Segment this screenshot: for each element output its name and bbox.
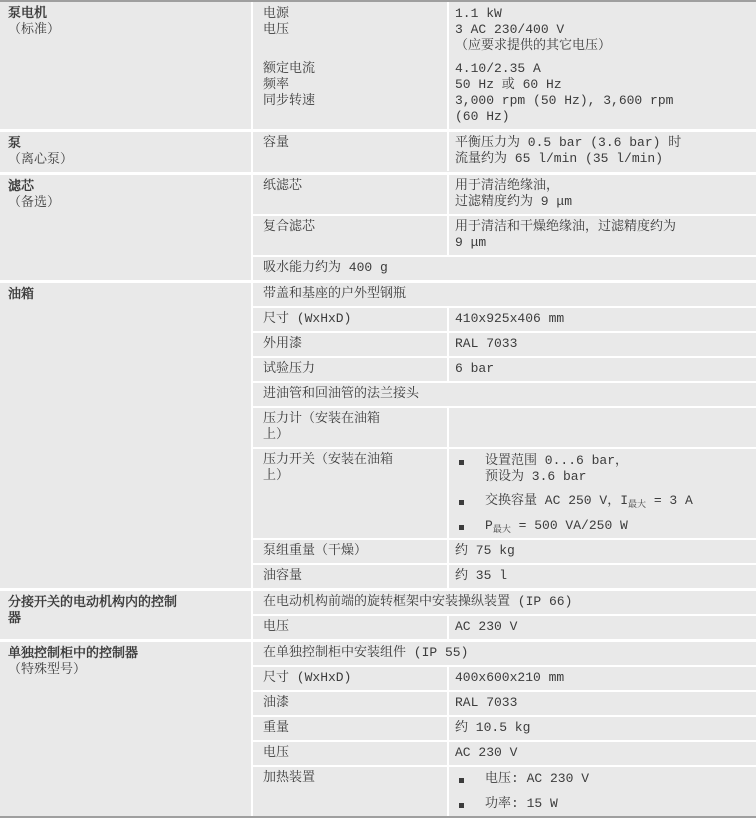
- row-value: 3,000 rpm (50 Hz), 3,600 rpm (60 Hz): [447, 93, 756, 129]
- row-label: 电压: [253, 22, 447, 54]
- bullet-square: [459, 778, 464, 783]
- bullet-square: [459, 500, 464, 505]
- bullet-text: 交换容量 AC 250 V，I最大 = 3 A: [485, 493, 693, 510]
- bullet-icon: [455, 771, 485, 788]
- table-row: 复合滤芯用于清洁和干燥绝缘油，过滤精度约为 9 μm: [253, 214, 756, 255]
- row-value: 约 35 l: [447, 565, 756, 588]
- row-value: RAL 7033: [447, 333, 756, 356]
- row-value: RAL 7033: [447, 692, 756, 715]
- table-row: 外用漆RAL 7033: [253, 331, 756, 356]
- row-label: 同步转速: [253, 93, 447, 129]
- row-value: 电压: AC 230 V功率: 15 W: [447, 767, 756, 816]
- section-rows: 纸滤芯用于清洁绝缘油， 过滤精度约为 9 μm复合滤芯用于清洁和干燥绝缘油，过滤…: [253, 175, 756, 280]
- row-value: AC 230 V: [447, 616, 756, 639]
- row-label: 电压: [253, 616, 447, 639]
- row-value: 50 Hz 或 60 Hz: [447, 77, 756, 93]
- section-oil-tank: 油箱带盖和基座的户外型钢瓶尺寸 (WxHxD)410x925x406 mm外用漆…: [0, 280, 756, 588]
- section-title: 滤芯: [8, 179, 243, 195]
- bullet-text: 功率: 15 W: [485, 796, 558, 813]
- row-label: 电源: [253, 2, 447, 22]
- row-value: 400x600x210 mm: [447, 667, 756, 690]
- bullet-icon: [455, 453, 485, 485]
- row-value: AC 230 V: [447, 742, 756, 765]
- row-value: 1.1 kW: [447, 2, 756, 22]
- bullet-text-part: 电压: AC 230 V: [485, 771, 589, 786]
- table-row: 压力计（安装在油箱 上）: [253, 406, 756, 447]
- section-subtitle: （标准）: [8, 22, 243, 38]
- section-subtitle: （备选）: [8, 195, 243, 211]
- table-row: 泵组重量（干燥）约 75 kg: [253, 538, 756, 563]
- row-value: 约 75 kg: [447, 540, 756, 563]
- table-row: 纸滤芯用于清洁绝缘油， 过滤精度约为 9 μm: [253, 175, 756, 214]
- bullet-text: P最大 = 500 VA/250 W: [485, 518, 628, 535]
- row-label: 尺寸 (WxHxD): [253, 667, 447, 690]
- bullet-text: 设置范围 0...6 bar， 预设为 3.6 bar: [485, 453, 628, 485]
- section-title: 分接开关的电动机构内的控制 器: [8, 595, 243, 627]
- section-header-cell: 泵电机（标准）: [0, 2, 253, 129]
- table-row: 电压AC 230 V: [253, 614, 756, 639]
- row-value: 4.10/2.35 A: [447, 54, 756, 77]
- row-value: 6 bar: [447, 358, 756, 381]
- section-title: 单独控制柜中的控制器: [8, 646, 243, 662]
- row-label: 试验压力: [253, 358, 447, 381]
- section-rows: 容量平衡压力为 0.5 bar (3.6 bar) 时 流量约为 65 l/mi…: [253, 132, 756, 172]
- row-label: 重量: [253, 717, 447, 740]
- section-pump-motor: 泵电机（标准）电源1.1 kW电压3 AC 230/400 V （应要求提供的其…: [0, 2, 756, 129]
- section-title: 泵: [8, 136, 243, 152]
- section-header-cell: 泵（离心泵）: [0, 132, 253, 172]
- table-row: 进油管和回油管的法兰接头: [253, 381, 756, 406]
- row-label: 复合滤芯: [253, 216, 447, 255]
- bullet-text-part: = 500 VA/250 W: [511, 518, 628, 533]
- spec-table: 泵电机（标准）电源1.1 kW电压3 AC 230/400 V （应要求提供的其…: [0, 0, 756, 818]
- table-row: 加热装置电压: AC 230 V功率: 15 W: [253, 765, 756, 816]
- table-row: 油容量约 35 l: [253, 563, 756, 588]
- pair-line: 同步转速3,000 rpm (50 Hz), 3,600 rpm (60 Hz): [253, 93, 756, 129]
- bullet-icon: [455, 518, 485, 535]
- bullet-text-part: 功率: 15 W: [485, 796, 558, 811]
- pair-line: 电压3 AC 230/400 V （应要求提供的其它电压）: [253, 22, 756, 54]
- section-rows: 在电动机构前端的旋转框架中安装操纵装置 (IP 66)电压AC 230 V: [253, 591, 756, 639]
- section-rows: 带盖和基座的户外型钢瓶尺寸 (WxHxD)410x925x406 mm外用漆RA…: [253, 283, 756, 588]
- table-row: 电源1.1 kW电压3 AC 230/400 V （应要求提供的其它电压）额定电…: [253, 2, 756, 129]
- bullet-text-part: P: [485, 518, 493, 533]
- row-label: 压力开关（安装在油箱 上）: [253, 449, 447, 538]
- table-row: 电压AC 230 V: [253, 740, 756, 765]
- bullet-text-part: = 3 A: [646, 493, 693, 508]
- row-label: 加热装置: [253, 767, 447, 816]
- bullet-text-part: 最大: [628, 500, 646, 510]
- table-row: 尺寸 (WxHxD)400x600x210 mm: [253, 665, 756, 690]
- table-row: 试验压力6 bar: [253, 356, 756, 381]
- row-label: 额定电流: [253, 54, 447, 77]
- row-value: 约 10.5 kg: [447, 717, 756, 740]
- section-header-cell: 单独控制柜中的控制器（特殊型号）: [0, 642, 253, 816]
- row-label: 纸滤芯: [253, 175, 447, 214]
- section-filter-element: 滤芯（备选）纸滤芯用于清洁绝缘油， 过滤精度约为 9 μm复合滤芯用于清洁和干燥…: [0, 172, 756, 280]
- pair-line: 电源1.1 kW: [253, 2, 756, 22]
- section-header-cell: 滤芯（备选）: [0, 175, 253, 280]
- bullet-item: 设置范围 0...6 bar， 预设为 3.6 bar: [455, 453, 748, 485]
- table-row: 在单独控制柜中安装组件 (IP 55): [253, 642, 756, 665]
- row-value: 3 AC 230/400 V （应要求提供的其它电压）: [447, 22, 756, 54]
- section-header-cell: 油箱: [0, 283, 253, 588]
- section-motor-drive-controller: 分接开关的电动机构内的控制 器在电动机构前端的旋转框架中安装操纵装置 (IP 6…: [0, 588, 756, 639]
- section-rows: 在单独控制柜中安装组件 (IP 55)尺寸 (WxHxD)400x600x210…: [253, 642, 756, 816]
- section-subtitle: （特殊型号）: [8, 662, 243, 678]
- section-separate-cabinet-controller: 单独控制柜中的控制器（特殊型号）在单独控制柜中安装组件 (IP 55)尺寸 (W…: [0, 639, 756, 816]
- bullet-text: 电压: AC 230 V: [485, 771, 589, 788]
- bullet-square: [459, 525, 464, 530]
- row-value: [447, 408, 756, 447]
- row-value: 用于清洁绝缘油， 过滤精度约为 9 μm: [447, 175, 756, 214]
- pair-line: 额定电流4.10/2.35 A: [253, 54, 756, 77]
- row-label: 容量: [253, 132, 447, 171]
- row-value: 410x925x406 mm: [447, 308, 756, 331]
- section-title: 油箱: [8, 287, 243, 303]
- bullet-square: [459, 803, 464, 808]
- bullet-square: [459, 460, 464, 465]
- bullet-text-part: 最大: [493, 525, 511, 535]
- table-row: 压力开关（安装在油箱 上）设置范围 0...6 bar， 预设为 3.6 bar…: [253, 447, 756, 538]
- row-label: 电压: [253, 742, 447, 765]
- bullet-item: P最大 = 500 VA/250 W: [455, 518, 748, 535]
- pair-line: 频率50 Hz 或 60 Hz: [253, 77, 756, 93]
- section-rows: 电源1.1 kW电压3 AC 230/400 V （应要求提供的其它电压）额定电…: [253, 2, 756, 129]
- row-label: 油容量: [253, 565, 447, 588]
- table-row: 重量约 10.5 kg: [253, 715, 756, 740]
- row-label: 频率: [253, 77, 447, 93]
- bullet-text-part: 交换容量 AC 250 V，I: [485, 493, 628, 508]
- table-row: 容量平衡压力为 0.5 bar (3.6 bar) 时 流量约为 65 l/mi…: [253, 132, 756, 171]
- table-row: 在电动机构前端的旋转框架中安装操纵装置 (IP 66): [253, 591, 756, 614]
- row-label: 压力计（安装在油箱 上）: [253, 408, 447, 447]
- table-row: 油漆RAL 7033: [253, 690, 756, 715]
- section-header-cell: 分接开关的电动机构内的控制 器: [0, 591, 253, 639]
- section-title: 泵电机: [8, 6, 243, 22]
- bullet-icon: [455, 796, 485, 813]
- bullet-icon: [455, 493, 485, 510]
- row-label: 外用漆: [253, 333, 447, 356]
- table-row: 带盖和基座的户外型钢瓶: [253, 283, 756, 306]
- bullet-text-part: 设置范围 0...6 bar， 预设为 3.6 bar: [485, 453, 628, 484]
- section-pump: 泵（离心泵）容量平衡压力为 0.5 bar (3.6 bar) 时 流量约为 6…: [0, 129, 756, 172]
- row-label: 泵组重量（干燥）: [253, 540, 447, 563]
- bullet-item: 电压: AC 230 V: [455, 771, 748, 788]
- row-value: 设置范围 0...6 bar， 预设为 3.6 bar交换容量 AC 250 V…: [447, 449, 756, 538]
- section-subtitle: （离心泵）: [8, 152, 243, 168]
- bullet-item: 交换容量 AC 250 V，I最大 = 3 A: [455, 493, 748, 510]
- row-value: 平衡压力为 0.5 bar (3.6 bar) 时 流量约为 65 l/min …: [447, 132, 756, 171]
- table-row: 尺寸 (WxHxD)410x925x406 mm: [253, 306, 756, 331]
- row-label: 尺寸 (WxHxD): [253, 308, 447, 331]
- row-label: 油漆: [253, 692, 447, 715]
- bullet-item: 功率: 15 W: [455, 796, 748, 813]
- row-value: 用于清洁和干燥绝缘油，过滤精度约为 9 μm: [447, 216, 756, 255]
- table-row: 吸水能力约为 400 g: [253, 255, 756, 280]
